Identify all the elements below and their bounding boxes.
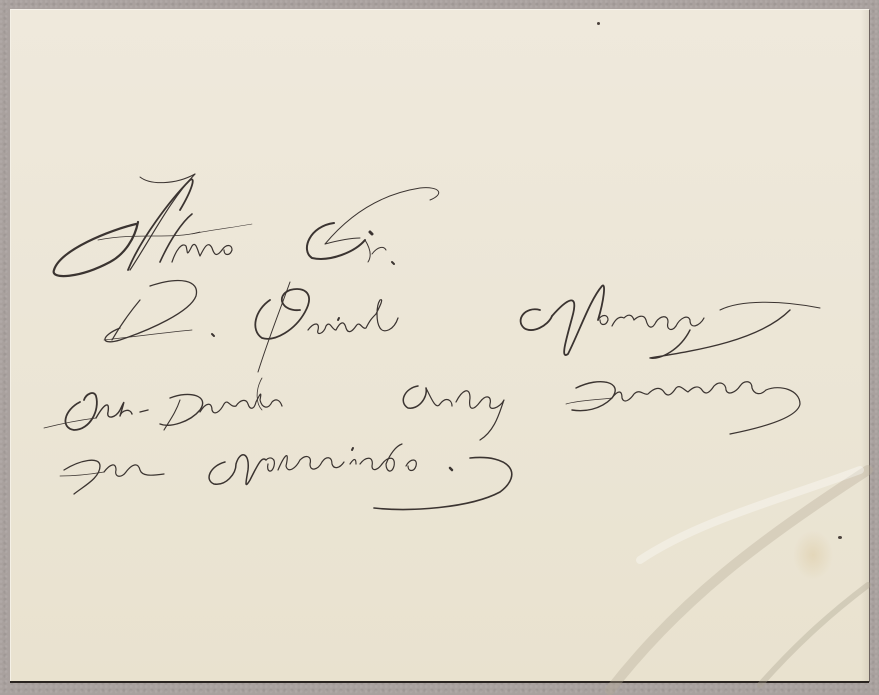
- fold-crease: [760, 585, 868, 685]
- fold-crease: [610, 470, 868, 690]
- handwriting: [0, 0, 879, 695]
- line-notariado: [60, 444, 512, 509]
- line-iltmo-sr: [54, 174, 439, 276]
- line-romulo-moraga: [104, 281, 820, 372]
- line-subdirector: [44, 378, 800, 440]
